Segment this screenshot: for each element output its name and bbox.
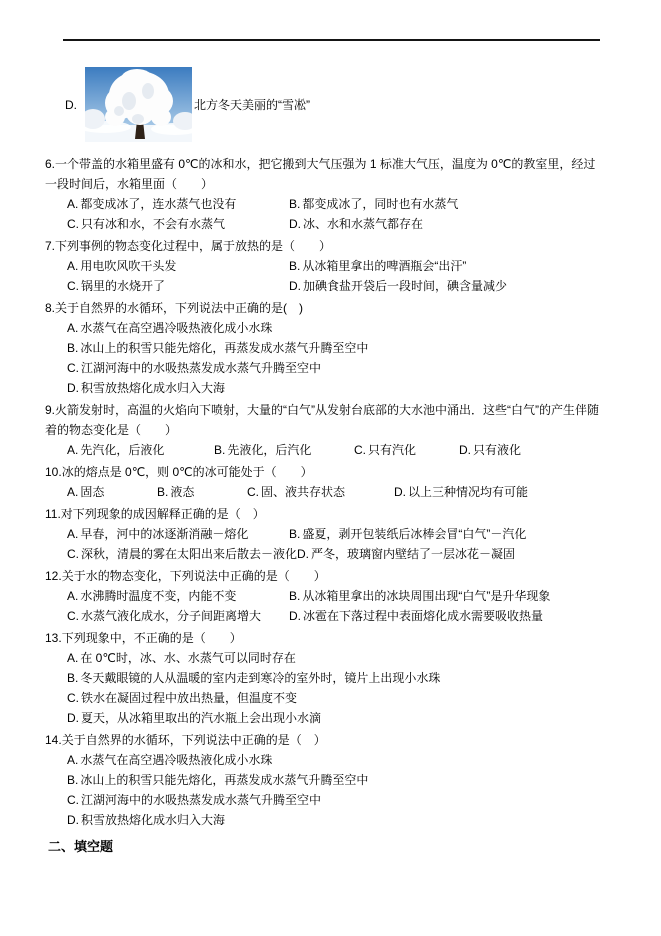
- question-13: 13.下列现象中，不正确的是（ ） A.在 0℃时，冰、水、水蒸气可以同时存在 …: [45, 628, 606, 728]
- question-text: 关于水的物态变化，下列说法中正确的是（ ）: [62, 569, 326, 583]
- question-10: 10.冰的熔点是 0℃，则 0℃的冰可能处于（ ） A.固态B.液态C.固、液共…: [45, 462, 606, 502]
- question-9: 9.火箭发射时，高温的火焰向下喷射，大量的“白气”从发射台底部的大水池中涌出．这…: [45, 400, 606, 460]
- question-7-options-row-2: C.锅里的水烧开了D.加碘食盐开袋后一段时间，碘含量减少: [67, 276, 606, 296]
- option-b: B.冰山上的积雪只能先熔化，再蒸发成水蒸气升腾至空中: [67, 338, 606, 358]
- option-c: C.江湖河海中的水吸热蒸发成水蒸气升腾至空中: [67, 358, 606, 378]
- question-number: 8.: [45, 301, 55, 315]
- question-10-stem: 10.冰的熔点是 0℃，则 0℃的冰可能处于（ ）: [45, 462, 606, 482]
- option-d: D.以上三种情况均有可能: [394, 482, 528, 502]
- question-number: 11.: [45, 507, 61, 521]
- question-text: 火箭发射时，高温的火焰向下喷射，大量的“白气”从发射台底部的大水池中涌出．这些“…: [45, 403, 599, 437]
- option-a: A.用电吹风吹干头发: [67, 256, 289, 276]
- option-a: A.水蒸气在高空遇冷吸热液化成小水珠: [67, 318, 606, 338]
- question-list: 6.一个带盖的水箱里盛有 0℃的冰和水，把它搬到大气压强为 1 标准大气压，温度…: [45, 154, 606, 830]
- section-heading-fill-in-blanks: 二、填空题: [48, 837, 661, 857]
- option-d: D.积雪放热熔化成水归入大海: [67, 378, 606, 398]
- top-margin: [0, 0, 661, 39]
- option-d: D.冰雹在下落过程中表面熔化成水需要吸收热量: [289, 606, 543, 626]
- option-c: C.固、液共存状态: [247, 482, 394, 502]
- option-c: C.深秋，清晨的雾在太阳出来后散去－液化: [67, 544, 297, 564]
- option-b: B.从冰箱里拿出的啤酒瓶会“出汗”: [289, 256, 466, 276]
- question-text: 冰的熔点是 0℃，则 0℃的冰可能处于（ ）: [62, 465, 313, 479]
- question-12-stem: 12.关于水的物态变化，下列说法中正确的是（ ）: [45, 566, 606, 586]
- option-c: C.只有汽化: [354, 440, 459, 460]
- option-b: B.冬天戴眼镜的人从温暖的室内走到寒冷的室外时，镜片上出现小水珠: [67, 668, 606, 688]
- question-number: 9.: [45, 403, 55, 417]
- option-b: B.盛夏，剥开包装纸后冰棒会冒“白气”－汽化: [289, 524, 526, 544]
- question-6-options-row-1: A.都变成冰了，连水蒸气也没有B.都变成冰了，同时也有水蒸气: [67, 194, 606, 214]
- question-text: 关于自然界的水循环，下列说法中正确的是（ ）: [62, 733, 326, 747]
- option-d: D.夏天，从冰箱里取出的汽水瓶上会出现小水滴: [67, 708, 606, 728]
- option-c: C.只有冰和水，不会有水蒸气: [67, 214, 289, 234]
- question-number: 10.: [45, 465, 62, 479]
- header-rule: [63, 39, 600, 41]
- question-11: 11.对下列现象的成因解释正确的是（ ） A.早春，河中的冰逐渐消融－熔化B.盛…: [45, 504, 606, 564]
- option-d: D.积雪放热熔化成水归入大海: [67, 810, 606, 830]
- question-11-stem: 11.对下列现象的成因解释正确的是（ ）: [45, 504, 606, 524]
- question-7: 7.下列事例的物态变化过程中，属于放热的是（ ） A.用电吹风吹干头发B.从冰箱…: [45, 236, 606, 296]
- question-11-options-row-2: C.深秋，清晨的雾在太阳出来后散去－液化D.严冬，玻璃窗内壁结了一层冰花－凝固: [67, 544, 606, 564]
- option-b: B.先液化，后汽化: [214, 440, 354, 460]
- question-text: 关于自然界的水循环，下列说法中正确的是( ): [55, 301, 303, 315]
- question-7-stem: 7.下列事例的物态变化过程中，属于放热的是（ ）: [45, 236, 606, 256]
- question-number: 14.: [45, 733, 62, 747]
- option-d: D.只有液化: [459, 440, 521, 460]
- option-a: A.早春，河中的冰逐渐消融－熔化: [67, 524, 289, 544]
- option-d: D.加碘食盐开袋后一段时间，碘含量减少: [289, 276, 507, 296]
- option-a: A.先汽化，后液化: [67, 440, 214, 460]
- option-a: A.都变成冰了，连水蒸气也没有: [67, 194, 289, 214]
- option-a: A.水蒸气在高空遇冷吸热液化成小水珠: [67, 750, 606, 770]
- option-b: B.冰山上的积雪只能先熔化，再蒸发成水蒸气升腾至空中: [67, 770, 606, 790]
- option-a: A.在 0℃时，冰、水、水蒸气可以同时存在: [67, 648, 606, 668]
- option-d: D.严冬，玻璃窗内壁结了一层冰花－凝固: [297, 544, 515, 564]
- question-11-options-row-1: A.早春，河中的冰逐渐消融－熔化B.盛夏，剥开包装纸后冰棒会冒“白气”－汽化: [67, 524, 606, 544]
- question-13-stem: 13.下列现象中，不正确的是（ ）: [45, 628, 606, 648]
- option-b: B.从冰箱里拿出的冰块周围出现“白气”是升华现象: [289, 586, 550, 606]
- question-number: 6.: [45, 157, 55, 171]
- option-d: D.冰、水和水蒸气都存在: [289, 214, 423, 234]
- option-a: A.水沸腾时温度不变，内能不变: [67, 586, 289, 606]
- question-10-options: A.固态B.液态C.固、液共存状态D.以上三种情况均有可能: [67, 482, 606, 502]
- option-b: B.液态: [157, 482, 247, 502]
- question-14-stem: 14.关于自然界的水循环，下列说法中正确的是（ ）: [45, 730, 606, 750]
- question-14-options: A.水蒸气在高空遇冷吸热液化成小水珠 B.冰山上的积雪只能先熔化，再蒸发成水蒸气…: [67, 750, 606, 830]
- question-8-stem: 8.关于自然界的水循环，下列说法中正确的是( ): [45, 298, 606, 318]
- question-text: 下列现象中，不正确的是（ ）: [62, 631, 242, 645]
- question-12: 12.关于水的物态变化，下列说法中正确的是（ ） A.水沸腾时温度不变，内能不变…: [45, 566, 606, 626]
- question-number: 13.: [45, 631, 62, 645]
- question-9-stem: 9.火箭发射时，高温的火焰向下喷射，大量的“白气”从发射台底部的大水池中涌出．这…: [45, 400, 606, 440]
- question-6: 6.一个带盖的水箱里盛有 0℃的冰和水，把它搬到大气压强为 1 标准大气压，温度…: [45, 154, 606, 234]
- option-d-figure-row: D.: [65, 67, 661, 142]
- exam-document-page: D.: [0, 0, 661, 936]
- option-b: B.都变成冰了，同时也有水蒸气: [289, 194, 458, 214]
- question-7-options-row-1: A.用电吹风吹干头发B.从冰箱里拿出的啤酒瓶会“出汗”: [67, 256, 606, 276]
- question-number: 7.: [45, 239, 55, 253]
- question-8-options: A.水蒸气在高空遇冷吸热液化成小水珠 B.冰山上的积雪只能先熔化，再蒸发成水蒸气…: [67, 318, 606, 398]
- question-8: 8.关于自然界的水循环，下列说法中正确的是( ) A.水蒸气在高空遇冷吸热液化成…: [45, 298, 606, 398]
- question-6-stem: 6.一个带盖的水箱里盛有 0℃的冰和水，把它搬到大气压强为 1 标准大气压，温度…: [45, 154, 606, 194]
- figure-caption: 北方冬天美丽的“雪凇”: [194, 95, 310, 115]
- rime-tree-image: [85, 67, 192, 142]
- question-text: 一个带盖的水箱里盛有 0℃的冰和水，把它搬到大气压强为 1 标准大气压，温度为 …: [45, 157, 595, 191]
- question-text: 下列事例的物态变化过程中，属于放热的是（ ）: [55, 239, 331, 253]
- option-c: C.江湖河海中的水吸热蒸发成水蒸气升腾至空中: [67, 790, 606, 810]
- option-c: C.锅里的水烧开了: [67, 276, 289, 296]
- question-number: 12.: [45, 569, 62, 583]
- option-d-label: D.: [65, 95, 85, 115]
- question-13-options: A.在 0℃时，冰、水、水蒸气可以同时存在 B.冬天戴眼镜的人从温暖的室内走到寒…: [67, 648, 606, 728]
- question-6-options-row-2: C.只有冰和水，不会有水蒸气D.冰、水和水蒸气都存在: [67, 214, 606, 234]
- question-14: 14.关于自然界的水循环，下列说法中正确的是（ ） A.水蒸气在高空遇冷吸热液化…: [45, 730, 606, 830]
- option-a: A.固态: [67, 482, 157, 502]
- question-9-options: A.先汽化，后液化B.先液化，后汽化C.只有汽化D.只有液化: [67, 440, 606, 460]
- option-c: C.铁水在凝固过程中放出热量，但温度不变: [67, 688, 606, 708]
- question-text: 对下列现象的成因解释正确的是（ ）: [61, 507, 265, 521]
- question-12-options-row-1: A.水沸腾时温度不变，内能不变B.从冰箱里拿出的冰块周围出现“白气”是升华现象: [67, 586, 606, 606]
- option-c: C.水蒸气液化成水，分子间距离增大: [67, 606, 289, 626]
- question-12-options-row-2: C.水蒸气液化成水，分子间距离增大D.冰雹在下落过程中表面熔化成水需要吸收热量: [67, 606, 606, 626]
